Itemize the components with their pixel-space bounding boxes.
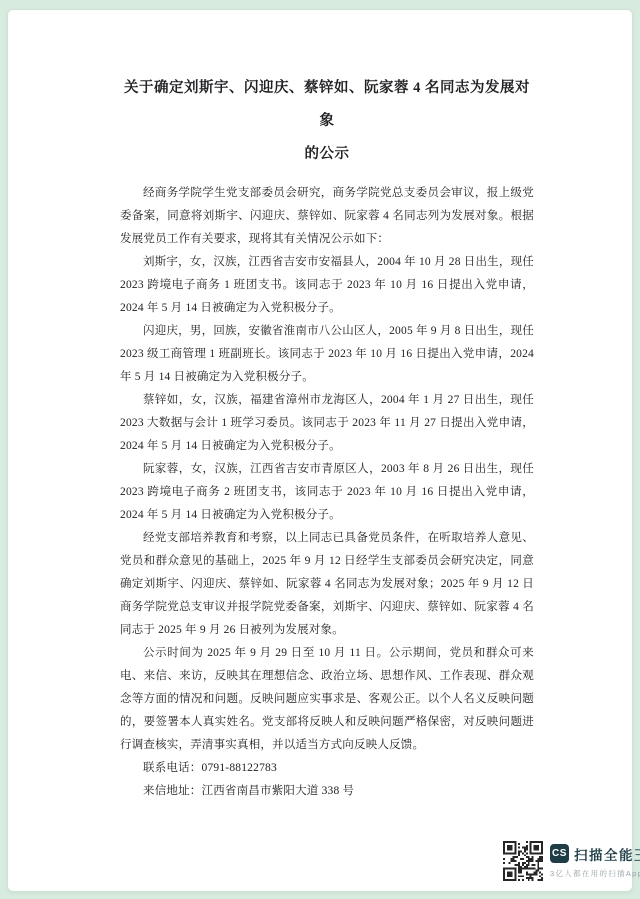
camscanner-logo-icon: CS xyxy=(550,844,569,863)
contact-phone: 联系电话：0791-88122783 xyxy=(120,757,534,780)
scan-background: 关于确定刘斯宇、闪迎庆、蔡锌如、阮家蓉 4 名同志为发展对象 的公示 经商务学院… xyxy=(0,0,640,899)
camscanner-watermark: CS 扫描全能王 3亿人都在用的扫描App xyxy=(503,841,640,881)
paragraph-liu-siyu: 刘斯宇，女，汉族，江西省吉安市安福县人，2004 年 10 月 28 日出生，现… xyxy=(120,251,534,320)
camscanner-branding: CS 扫描全能王 3亿人都在用的扫描App xyxy=(550,844,640,879)
camscanner-app-name: 扫描全能王 xyxy=(574,844,640,864)
camscanner-tagline: 3亿人都在用的扫描App xyxy=(550,868,640,879)
camscanner-logo-text: CS xyxy=(552,848,567,859)
paragraph-cai-xinru: 蔡锌如，女，汉族，福建省漳州市龙海区人，2004 年 1 月 27 日出生，现任… xyxy=(120,389,534,458)
paragraph-intro: 经商务学院学生党支部委员会研究，商务学院党总支委员会审议，报上级党委备案，同意将… xyxy=(120,182,534,251)
paragraph-ruan-jiarong: 阮家蓉，女，汉族，江西省吉安市青原区人，2003 年 8 月 26 日出生，现任… xyxy=(120,458,534,527)
title-line-1: 关于确定刘斯宇、闪迎庆、蔡锌如、阮家蓉 4 名同志为发展对象 xyxy=(120,72,534,138)
paragraph-shan-yingqing: 闪迎庆，男，回族，安徽省淮南市八公山区人，2005 年 9 月 8 日出生，现任… xyxy=(120,320,534,389)
title-line-2: 的公示 xyxy=(120,138,534,171)
document-title: 关于确定刘斯宇、闪迎庆、蔡锌如、阮家蓉 4 名同志为发展对象 的公示 xyxy=(120,72,534,171)
contact-address: 来信地址：江西省南昌市紫阳大道 338 号 xyxy=(120,780,534,803)
document-content: 关于确定刘斯宇、闪迎庆、蔡锌如、阮家蓉 4 名同志为发展对象 的公示 经商务学院… xyxy=(120,72,534,803)
qr-code-icon xyxy=(503,841,543,881)
paragraph-publicity: 公示时间为 2025 年 9 月 29 日至 10 月 11 日。公示期间，党员… xyxy=(120,642,534,757)
document-page: 关于确定刘斯宇、闪迎庆、蔡锌如、阮家蓉 4 名同志为发展对象 的公示 经商务学院… xyxy=(8,10,632,891)
paragraph-decision: 经党支部培养教育和考察，以上同志已具备党员条件，在听取培养人意见、党员和群众意见… xyxy=(120,527,534,642)
